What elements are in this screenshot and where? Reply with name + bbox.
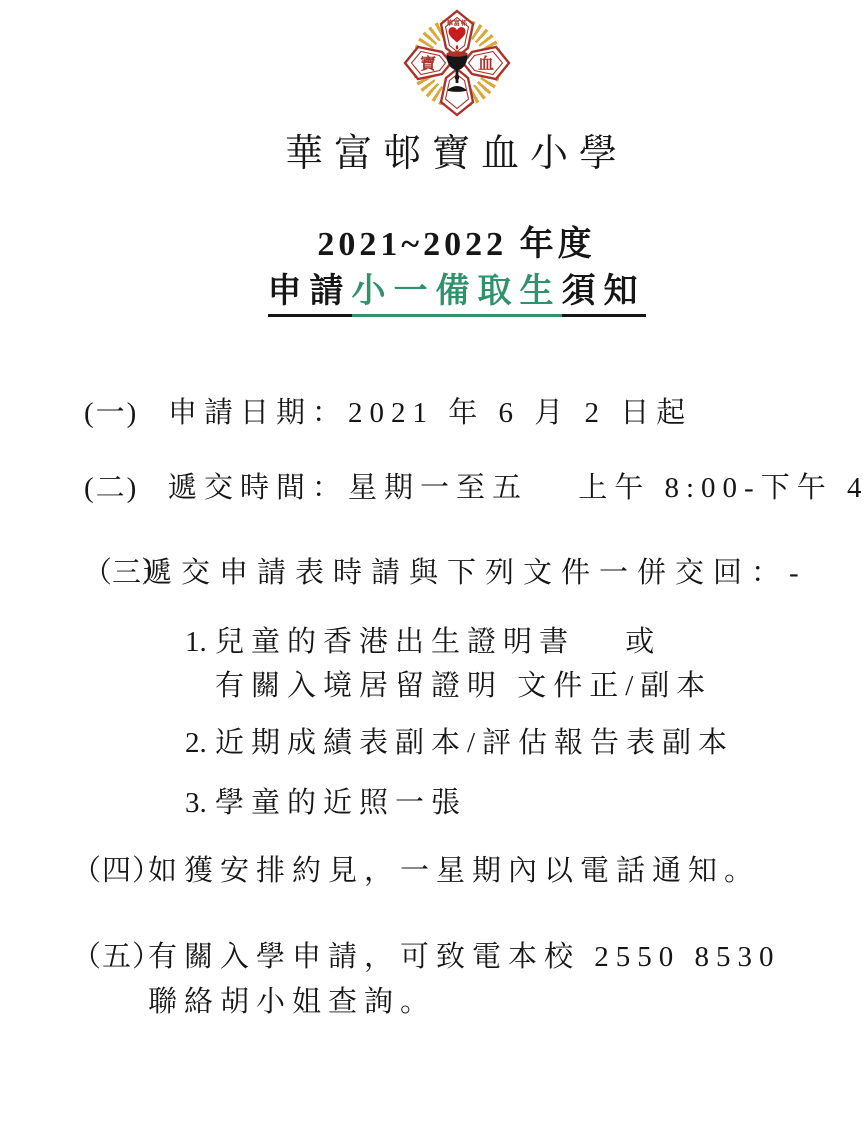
title-suffix: 須知 [562,273,646,317]
item-number: （三） [83,552,143,594]
school-name: 華富邨寶血小學 [48,130,865,178]
subitem-recent-photo: 3. 學童的近照一張 [185,782,865,824]
badge-left-char: 寶 [419,54,435,73]
item-number: （五） [72,935,148,1025]
item-number: (二) [84,467,168,509]
precious-blood-cross-icon: 華富邨 寶 血 [402,8,512,118]
school-logo: 華富邨 寶 血 [402,8,512,118]
item-application-date: (一) 申請日期：2021 年 6 月 2 日起 [0,392,865,434]
subitem-line2: 有關入境居留證明 文件正/副本 [215,670,712,702]
item-submission-time: (二) 遞交時間：星期一至五 上午 8:00-下午 4:00 [0,467,865,509]
subitem-number: 2. [185,722,215,764]
item-number: (一) [84,392,168,434]
notice-body: (一) 申請日期：2021 年 6 月 2 日起 (二) 遞交時間：星期一至五 … [0,392,865,1025]
notice-header: 華富邨 寶 血 華富邨寶血小學 2021~2022 年度 申請小一備取生須知 [0,0,865,312]
item-required-documents: （三） 遞交申請表時請與下列文件一併交回：- [0,552,865,594]
title-highlight: 小一備取生 [352,273,562,317]
item-line2: 聯絡胡小姐查詢。 [148,986,436,1018]
item-line1: 有關入學申請，可致電本校 2550 8530 [148,941,781,973]
notice-page: 華富邨 寶 血 華富邨寶血小學 2021~2022 年度 申請小一備取生須知 (… [0,0,865,1122]
badge-right-char: 血 [477,55,493,73]
subitem-birth-certificate: 1. 兒童的香港出生證明書 或有關入境居留證明 文件正/副本 [185,620,865,708]
item-text: 遞交申請表時請與下列文件一併交回：- [143,552,808,594]
item-text: 遞交時間：星期一至五 上午 8:00-下午 4:00 [168,467,865,509]
subitem-text: 近期成績表副本/評估報告表副本 [215,722,734,764]
subitem-text: 學童的近照一張 [215,782,467,824]
item-text: 有關入學申請，可致電本校 2550 8530聯絡胡小姐查詢。 [148,935,781,1025]
title-prefix: 申請 [268,273,352,317]
title-subject: 申請小一備取生須知 [48,272,865,312]
item-enquiry-phone: （五） 有關入學申請，可致電本校 2550 8530聯絡胡小姐查詢。 [0,935,865,1025]
subitem-number: 1. [185,620,215,708]
item-text: 如獲安排約見，一星期內以電話通知。 [148,850,760,892]
badge-top-text: 華富邨 [446,18,467,27]
item-interview-notice: （四） 如獲安排約見，一星期內以電話通知。 [0,850,865,892]
subitem-line1: 兒童的香港出生證明書 或 [215,626,661,658]
item-number: （四） [72,850,148,892]
subitem-text: 兒童的香港出生證明書 或有關入境居留證明 文件正/副本 [215,620,712,708]
title-year: 2021~2022 年度 [48,224,865,266]
subitem-number: 3. [185,782,215,824]
item-text: 申請日期：2021 年 6 月 2 日起 [168,392,692,434]
document-list: 1. 兒童的香港出生證明書 或有關入境居留證明 文件正/副本 2. 近期成績表副… [185,620,865,824]
subitem-report-card: 2. 近期成績表副本/評估報告表副本 [185,722,865,764]
